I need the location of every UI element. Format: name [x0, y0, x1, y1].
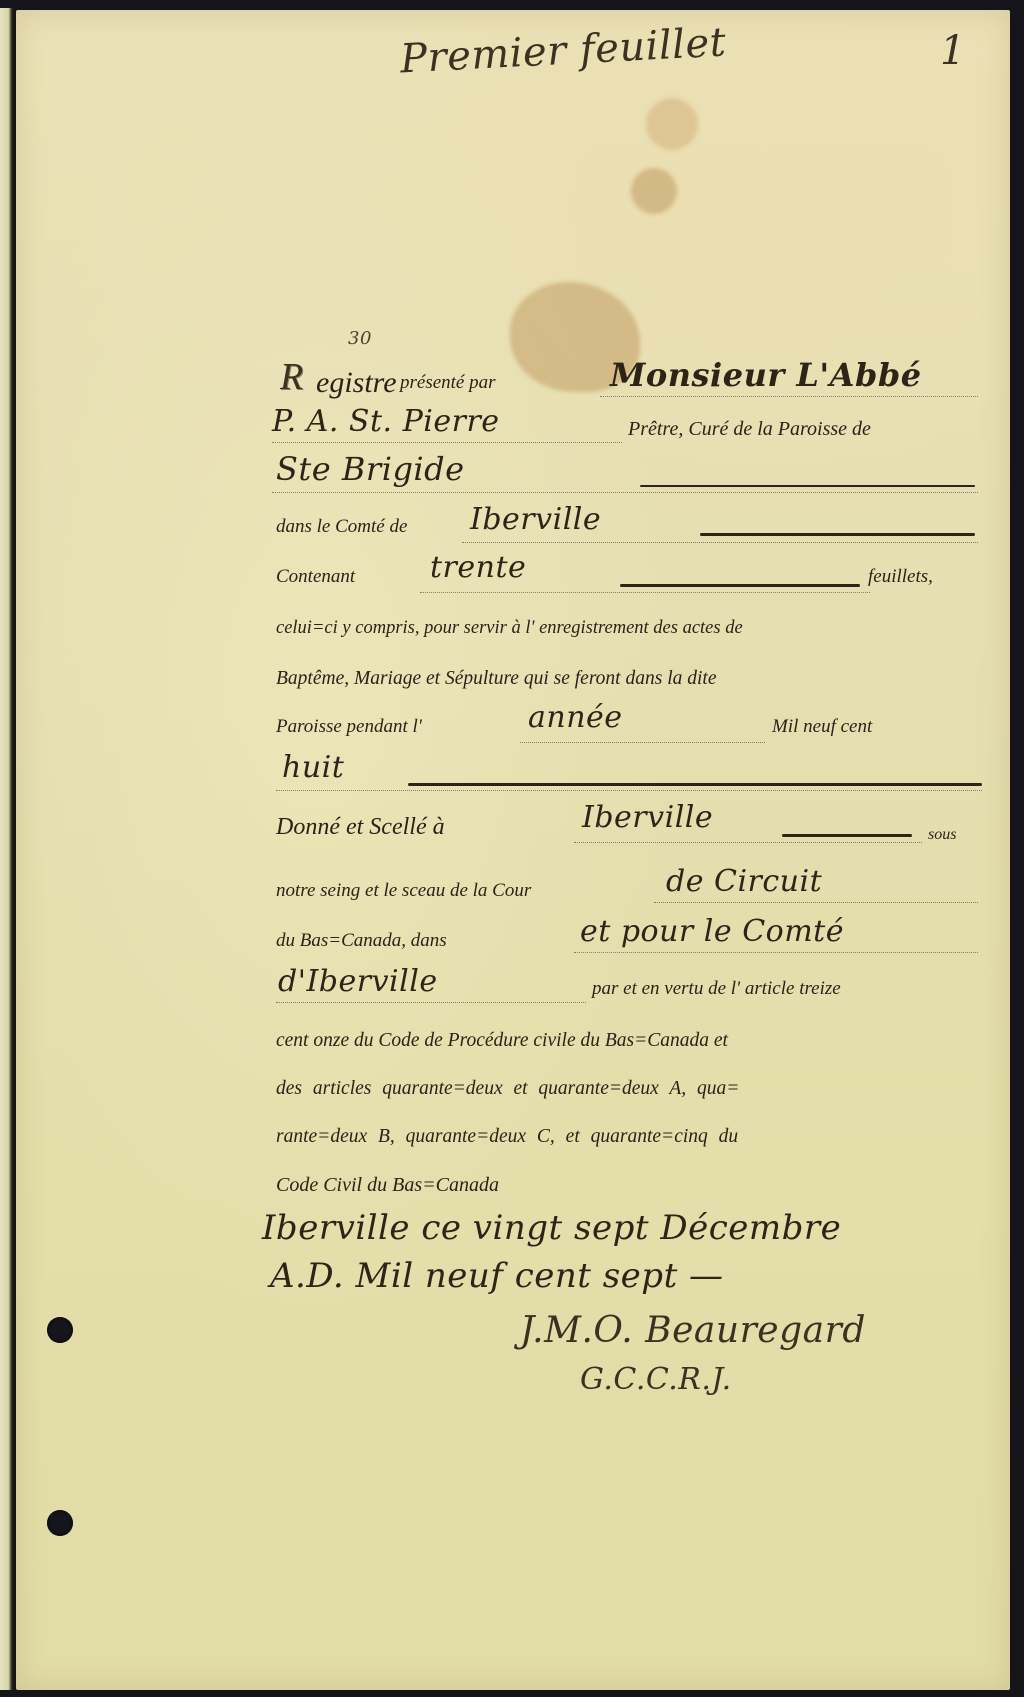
field-line — [276, 1002, 586, 1003]
closing-date-line-1: Iberville ce vingt sept Décembre — [262, 1208, 841, 1248]
printed-text: par et en vertu de l' article treize — [592, 978, 841, 1000]
register-page — [16, 10, 1010, 1690]
punch-hole — [47, 1317, 73, 1343]
field-line — [272, 442, 622, 443]
fill-stroke — [700, 533, 975, 536]
handwritten-field: huit — [282, 750, 344, 785]
signature: J.M.O. Beauregard — [520, 1310, 866, 1351]
margin-note: 30 — [348, 328, 372, 349]
printed-text: des articles quarante=deux et quarante=d… — [276, 1078, 739, 1100]
handwritten-field: de Circuit — [666, 864, 822, 899]
printed-text: rante=deux B, quarante=deux C, et quaran… — [276, 1126, 738, 1148]
handwritten-field: Iberville — [582, 800, 713, 835]
handwritten-field: Monsieur L'Abbé — [610, 356, 922, 394]
printed-text: notre seing et le sceau de la Cour — [276, 880, 531, 902]
printed-text: Donné et Scellé à — [276, 814, 445, 841]
ornate-initial: R — [280, 355, 303, 399]
handwritten-field: Ste Brigide — [276, 450, 465, 488]
closing-date-line-2: A.D. Mil neuf cent sept — — [270, 1256, 724, 1296]
field-line — [654, 902, 978, 903]
fill-stroke — [782, 834, 912, 837]
printed-text: cent onze du Code de Procédure civile du… — [276, 1030, 728, 1052]
registre-word: egistre — [316, 366, 397, 400]
printed-text: feuillets, — [868, 566, 933, 588]
handwritten-field: année — [528, 700, 623, 735]
punch-hole — [47, 1510, 73, 1536]
printed-text: Contenant — [276, 566, 355, 588]
printed-text: celui=ci y compris, pour servir à l' enr… — [276, 618, 743, 639]
fill-stroke — [408, 783, 982, 786]
fill-stroke — [620, 584, 860, 587]
handwritten-field: et pour le Comté — [580, 914, 844, 949]
field-line — [520, 742, 765, 743]
handwritten-field: Iberville — [470, 502, 601, 537]
field-line — [462, 542, 978, 543]
printed-text: Mil neuf cent — [772, 716, 872, 738]
field-line — [276, 790, 982, 791]
printed-text: sous — [928, 826, 956, 844]
printed-text: Paroisse pendant l' — [276, 716, 422, 738]
printed-text: Prêtre, Curé de la Paroisse de — [628, 418, 871, 441]
binding-edge — [0, 8, 14, 1690]
field-line — [600, 396, 978, 397]
fill-stroke — [640, 485, 975, 487]
printed-text: Code Civil du Bas=Canada — [276, 1174, 499, 1197]
handwritten-field: d'Iberville — [278, 964, 438, 999]
field-line — [574, 952, 978, 953]
water-stain — [646, 98, 698, 150]
handwritten-field: trente — [430, 550, 526, 585]
printed-text: dans le Comté de — [276, 516, 407, 538]
printed-text: présenté par — [400, 372, 496, 394]
printed-text: Baptême, Mariage et Sépulture qui se fer… — [276, 668, 716, 690]
water-stain — [631, 168, 677, 214]
handwritten-field: P. A. St. Pierre — [272, 404, 500, 439]
folio-number: 1 — [940, 28, 966, 74]
field-line — [420, 592, 870, 593]
signature-title: G.C.C.R.J. — [580, 1362, 732, 1397]
printed-text: du Bas=Canada, dans — [276, 930, 447, 952]
field-line — [272, 492, 978, 493]
field-line — [574, 842, 922, 843]
